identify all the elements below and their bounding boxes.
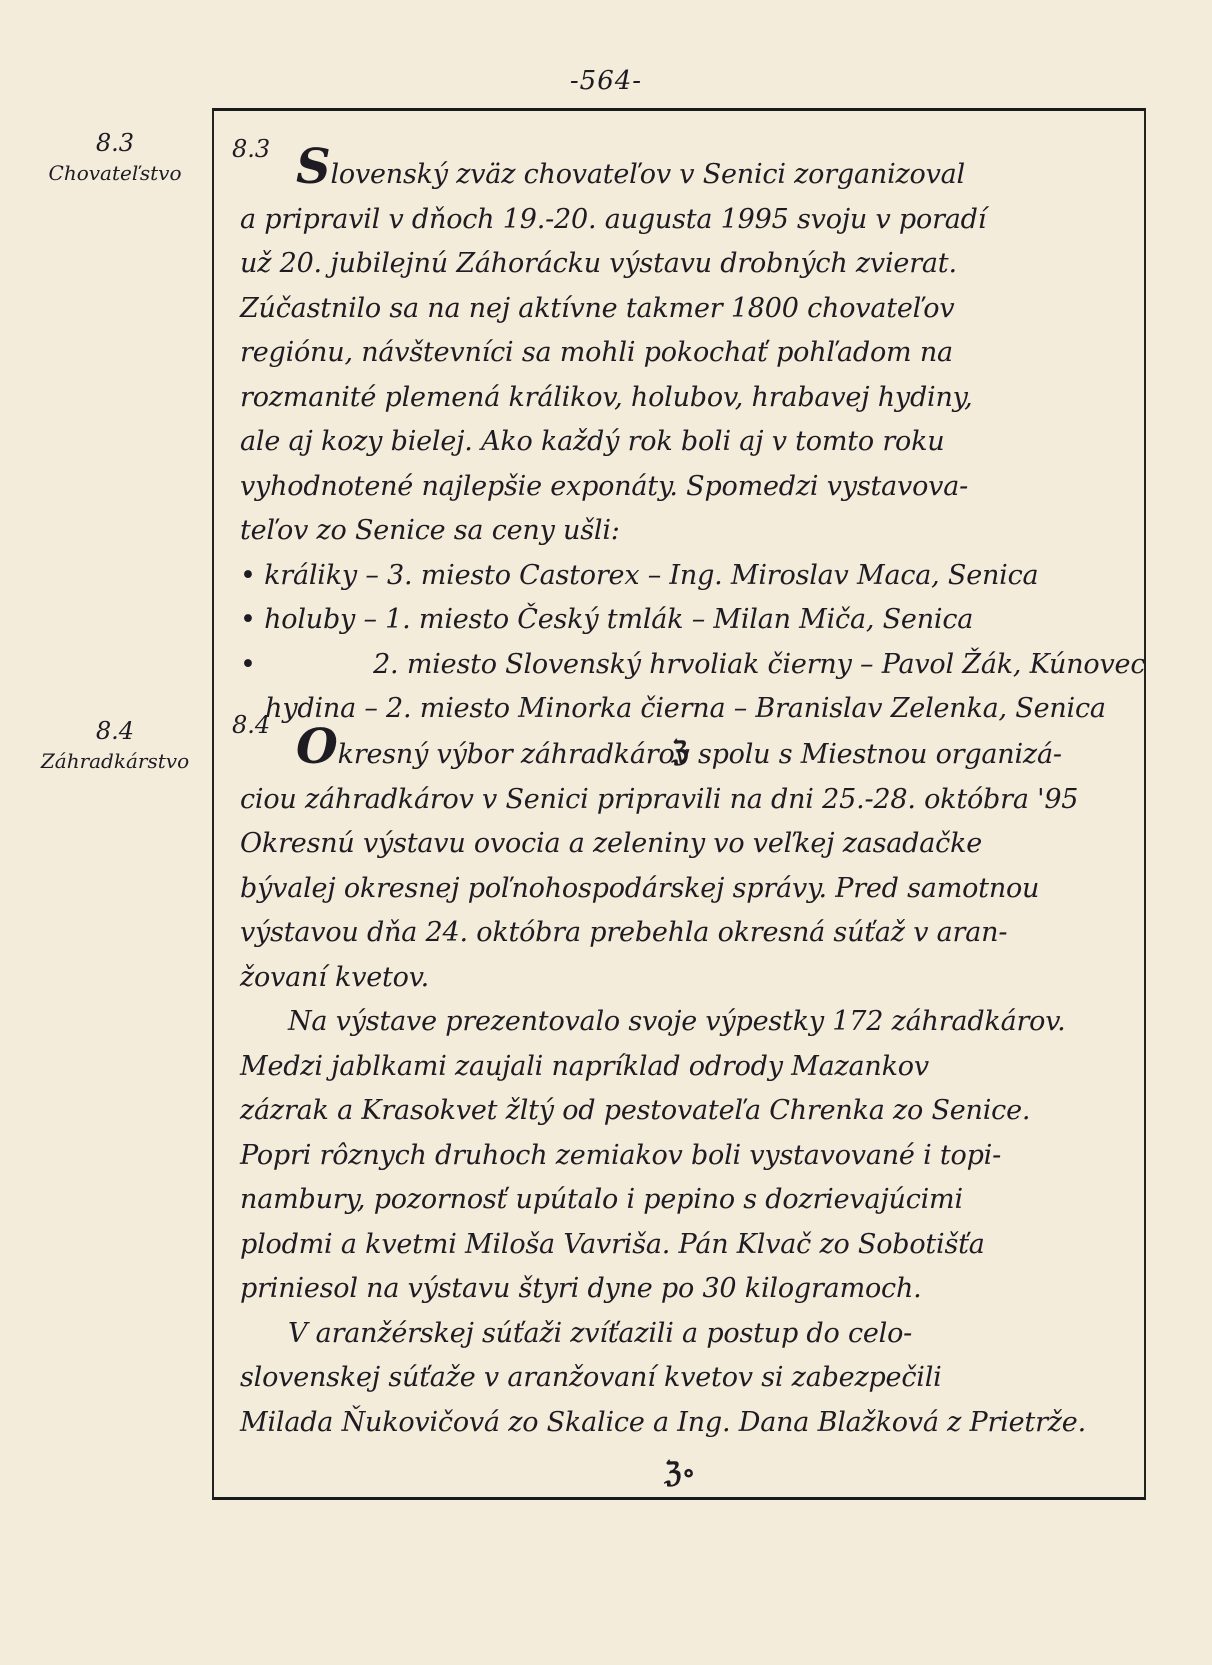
text-line: Popri rôznych druhoch zemiakov boli vyst… [240,1134,1120,1179]
margin-note-number: 8.4 [20,716,210,746]
text-line: nambury, pozornosť upútalo i pepino s do… [240,1178,1120,1223]
text-line: kresný výbor záhradkárov spolu s Miestno… [338,739,1062,770]
text-line: zázrak a Krasokvet žltý od pestovateľa C… [240,1089,1120,1134]
section-8-3: 8.3 Slovenský zväz chovateľov v Senici z… [240,133,1120,772]
text-line: bývalej okresnej poľnohospodárskej správ… [240,867,1120,912]
text-line: slovenskej súťaže v aranžovaní kvetov si… [240,1356,1120,1401]
drop-cap: S [296,139,330,195]
section-number: 8.3 [232,135,270,163]
text-line: Zúčastnilo sa na nej aktívne takmer 1800… [240,287,1120,332]
text-line: ale aj kozy bielej. Ako každý rok boli a… [240,420,1120,465]
drop-cap: O [296,719,338,775]
margin-note-label: Záhradkárstvo [20,746,210,776]
text-line: Medzi jablkami zaujali napríklad odrody … [240,1045,1120,1090]
award-item: • holuby – 1. miesto Český tmlák – Milan… [240,598,1120,643]
text-line: už 20. jubilejnú Záhorácku výstavu drobn… [240,242,1120,287]
text-line: vyhodnotené najlepšie exponáty. Spomedzi… [240,465,1120,510]
text-line: Milada Ňukovičová zo Skalice a Ing. Dana… [240,1401,1120,1446]
text-line: plodmi a kvetmi Miloša Vavriša. Pán Klva… [240,1223,1120,1268]
section-number: 8.4 [232,711,270,739]
section-end-flourish: ℨ∘ [240,1453,1120,1493]
text-line: ciou záhradkárov v Senici pripravili na … [240,778,1120,823]
text-line: žovaní kvetov. [240,956,1120,1001]
text-line: teľov zo Senice sa ceny ušli: [240,509,1120,554]
margin-note-number: 8.3 [20,128,210,158]
margin-note-label: Chovateľstvo [20,158,210,188]
section-8-4: 8.4 Okresný výbor záhradkárov spolu s Mi… [240,711,1120,1493]
text-line: V aranžérskej súťaži zvíťazili a postup … [240,1312,1120,1357]
margin-note-8-4: 8.4 Záhradkárstvo [20,716,210,776]
award-item: • 2. miesto Slovenský hrvoliak čierny – … [240,643,1120,688]
margin-note-8-3: 8.3 Chovateľstvo [20,128,210,188]
text-line: a pripravil v dňoch 19.-20. augusta 1995… [240,198,1120,243]
text-line: Okresnú výstavu ovocia a zeleniny vo veľ… [240,822,1120,867]
text-line: lovenský zväz chovateľov v Senici zorgan… [330,159,965,190]
page-number: -564- [0,66,1212,96]
text-line: Na výstave prezentovalo svoje výpestky 1… [240,1000,1120,1045]
text-frame: 8.3 Slovenský zväz chovateľov v Senici z… [212,108,1146,1500]
text-line: výstavou dňa 24. októbra prebehla okresn… [240,911,1120,956]
award-item: • králiky – 3. miesto Castorex – Ing. Mi… [240,554,1120,599]
text-line: regiónu, návštevníci sa mohli pokochať p… [240,331,1120,376]
text-line: priniesol na výstavu štyri dyne po 30 ki… [240,1267,1120,1312]
text-line: rozmanité plemená králikov, holubov, hra… [240,376,1120,421]
